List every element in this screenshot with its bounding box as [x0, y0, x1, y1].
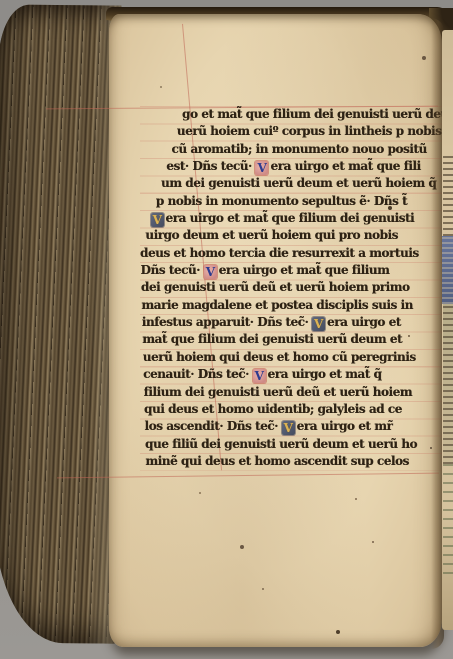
line-text: que filiũ dei genuisti uerũ deum et uerũ…: [145, 437, 417, 451]
line-text: dei genuisti uerũ deũ et uerũ hoiem prim…: [141, 280, 410, 294]
line-text: era uirgo et mat̃ que filium: [219, 263, 390, 277]
text-block: go et mat̃ que filium dei genuisti uerũ …: [140, 106, 448, 471]
facing-page-foliage-strip: [443, 464, 453, 574]
manuscript-line: uirgo deum et uerũ hoiem qui pro nobis: [145, 227, 448, 244]
manuscript-line: marie magdalene et postea disciplis suis…: [141, 297, 448, 314]
manuscript-line: cenauit· Dñs tec̃· Vera uirgo et mat̃ q̃: [143, 366, 448, 383]
manuscript-line: Vera uirgo et mat̃ que filium dei genuis…: [151, 210, 449, 227]
line-text: uerũ hoiem cuiº corpus in lintheis p nob…: [177, 124, 442, 138]
manuscript-line: deus et homo tercia die resurrexit a mor…: [140, 245, 448, 262]
book-page-edges: [0, 4, 121, 643]
manuscript-line: uerũ hoiem cuiº corpus in lintheis p nob…: [177, 123, 448, 140]
manuscript-line: cũ aromatib; in monumento nouo positũ: [172, 141, 449, 158]
manuscript-line: dei genuisti uerũ deũ et uerũ hoiem prim…: [141, 279, 448, 296]
manuscript-line: minẽ qui deus et homo ascendit sup celos: [145, 453, 448, 470]
line-text: um dei genuisti uerũ deum et uerũ hoiem …: [161, 176, 436, 190]
manuscript-line: filium dei genuisti uerũ deũ et uerũ hoi…: [144, 384, 448, 401]
line-text: era uirgo et mat̃ que filium dei genuist…: [166, 211, 415, 225]
line-text: era uirgo et mat̃ que fili: [270, 159, 420, 173]
parchment-stains: [0, 0, 2, 2]
line-text: Dñs tecũ·: [141, 263, 204, 277]
line-text: est· Dñs tecũ·: [166, 159, 255, 173]
manuscript-line: los ascendit· Dñs tec̃· Vera uirgo et mr…: [145, 418, 449, 435]
line-text: era uirgo et mat̃ q̃: [268, 367, 382, 381]
illuminated-initial-blue: V: [255, 161, 268, 175]
manuscript-line: uerũ hoiem qui deus et homo cũ peregrini…: [143, 349, 448, 366]
line-text: p nobis in monumento sepultus ẽ· Dñs t̃: [156, 194, 407, 208]
facing-page-edge: [442, 30, 453, 630]
manuscript-line: mat̃ que filium dei genuisti uerũ deum e…: [142, 331, 448, 348]
line-text: minẽ qui deus et homo ascendit sup celos: [145, 454, 408, 468]
line-text: uirgo deum et uerũ hoiem qui pro nobis: [145, 228, 398, 242]
line-text: mat̃ que filium dei genuisti uerũ deum e…: [142, 332, 402, 346]
line-text: qui deus et homo uidentib; galyleis ad c…: [144, 402, 402, 416]
line-text: cũ aromatib; in monumento nouo positũ: [172, 142, 427, 156]
line-text: cenauit· Dñs tec̃·: [143, 367, 252, 381]
line-text: deus et homo tercia die resurrexit a mor…: [140, 246, 419, 260]
manuscript-line: est· Dñs tecũ· Vera uirgo et mat̃ que fi…: [166, 158, 448, 175]
line-text: los ascendit· Dñs tec̃·: [145, 419, 282, 433]
manuscript-photo: go et mat̃ que filium dei genuisti uerũ …: [0, 0, 453, 659]
manuscript-line: infestus apparuit· Dñs tec̃· Vera uirgo …: [142, 314, 448, 331]
line-text: go et mat̃ que filium dei genuisti uerũ …: [182, 107, 453, 121]
line-text: infestus apparuit· Dñs tec̃·: [142, 315, 312, 329]
line-text: marie magdalene et postea disciplis suis…: [141, 298, 412, 312]
illuminated-initial-gold: V: [151, 213, 164, 227]
manuscript-line: go et mat̃ que filium dei genuisti uerũ …: [182, 106, 448, 123]
facing-page-miniature-strip: [442, 236, 453, 304]
facing-page-text-strip: [443, 152, 453, 236]
illuminated-initial-gold: V: [282, 421, 295, 435]
line-text: era uirgo et: [327, 315, 401, 329]
line-text: uerũ hoiem qui deus et homo cũ peregrini…: [143, 350, 416, 364]
illuminated-initial-blue: V: [253, 369, 266, 383]
illuminated-initial-blue: V: [204, 265, 217, 279]
illuminated-initial-gold: V: [312, 317, 325, 331]
line-text: era uirgo et mr̃: [297, 419, 393, 433]
manuscript-line: Dñs tecũ· Vera uirgo et mat̃ que filium: [141, 262, 449, 279]
facing-page-text-strip: [443, 304, 453, 464]
manuscript-line: um dei genuisti uerũ deum et uerũ hoiem …: [161, 175, 448, 192]
manuscript-line: p nobis in monumento sepultus ẽ· Dñs t̃: [156, 193, 448, 210]
manuscript-line: qui deus et homo uidentib; galyleis ad c…: [144, 401, 448, 418]
line-text: filium dei genuisti uerũ deũ et uerũ hoi…: [144, 385, 412, 399]
manuscript-line: que filiũ dei genuisti uerũ deum et uerũ…: [145, 436, 448, 453]
